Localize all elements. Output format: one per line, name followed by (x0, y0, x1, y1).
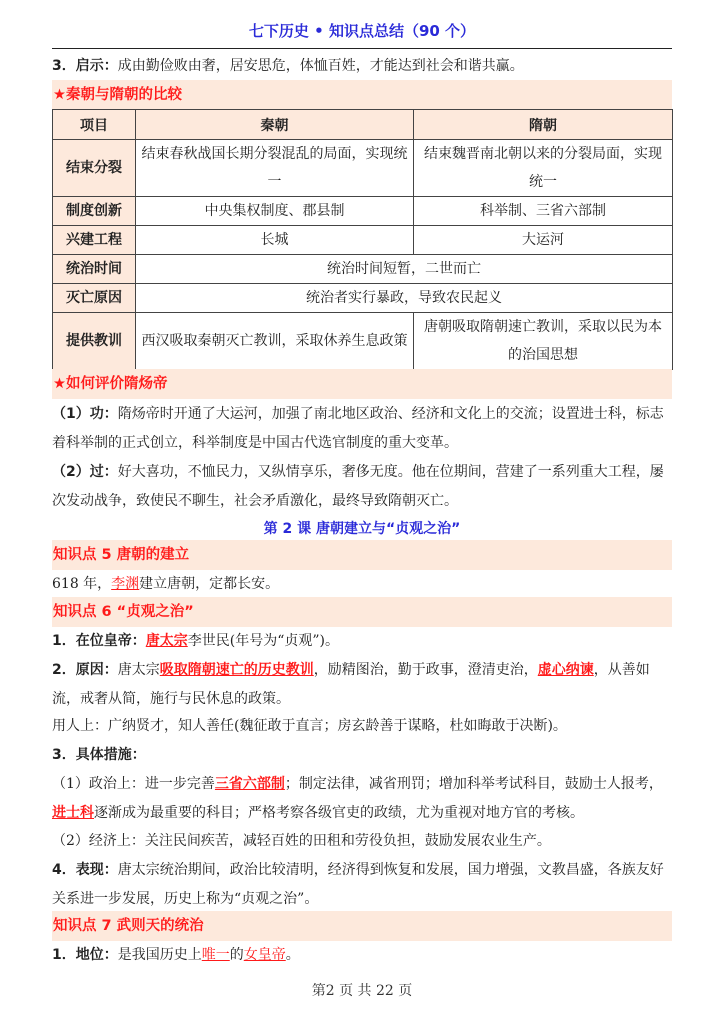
column-header: 秦朝 (136, 110, 414, 140)
fault-label: （2）过： (52, 464, 118, 480)
section-bar-kp6: 知识点 6 “贞观之治” (52, 597, 672, 627)
highlight-li-yuan: 李渊 (111, 576, 139, 592)
kp6-reason: 2．原因：唐太宗吸取隋朝速亡的历史教训，励精图治，勤于政事，澄清吏治，虚心纳谏，… (52, 656, 672, 714)
highlight-taizong: 唐太宗 (146, 633, 188, 649)
status-mid: 的 (230, 947, 244, 963)
status-label: 1．地位： (52, 947, 118, 963)
lesson-title: 第 2 课 唐朝建立与“贞观之治” (52, 518, 672, 538)
emperor-label: 1．在位皇帝： (52, 633, 146, 649)
table-cell: 大运河 (414, 226, 673, 255)
highlight-advice: 虚心纳谏 (538, 662, 594, 678)
measures-label: 3．具体措施： (52, 747, 146, 763)
highlight-lesson: 吸取隋朝速亡的历史教训 (160, 662, 314, 678)
intro-paragraph: 3．启示：成由勤俭败由奢，居安思危，体恤百姓，才能达到社会和谐共赢。 (52, 52, 672, 81)
section-bar-kp7: 知识点 7 武则天的统治 (52, 911, 672, 941)
table-header-row: 项目 秦朝 隋朝 (53, 110, 673, 140)
row-label: 制度创新 (53, 197, 136, 226)
politics-post: 逐渐成为最重要的科目；严格考察各级官吏的政绩，尤为重视对地方官的考核。 (94, 805, 584, 821)
intro-text: 成由勤俭败由奢，居安思危，体恤百姓，才能达到社会和谐共赢。 (118, 58, 524, 74)
kp7-status: 1．地位：是我国历史上唯一的女皇帝。 (52, 941, 672, 970)
table-row: 灭亡原因 统治者实行暴政，导致农民起义 (53, 284, 673, 313)
column-header: 隋朝 (414, 110, 673, 140)
emperor-rest: 李世民(年号为“贞观”)。 (188, 633, 339, 649)
section-bar-kp5: 知识点 5 唐朝的建立 (52, 540, 672, 570)
table-cell: 科举制、三省六部制 (414, 197, 673, 226)
status-pre: 是我国历史上 (118, 947, 202, 963)
kp6-measures-label: 3．具体措施： (52, 741, 672, 770)
header-title: 七下历史 • 知识点总结（90 个） (52, 20, 672, 41)
section-bar-comparison: ★秦朝与隋朝的比较 (52, 80, 672, 110)
reason-label: 2．原因： (52, 662, 118, 678)
perf-label: 4．表现： (52, 862, 118, 878)
table-row: 制度创新 中央集权制度、郡县制 科举制、三省六部制 (53, 197, 673, 226)
table-cell-merged: 统治时间短暂，二世而亡 (136, 255, 673, 284)
kp6-emperor: 1．在位皇帝：唐太宗李世民(年号为“贞观”)。 (52, 627, 672, 656)
row-label: 兴建工程 (53, 226, 136, 255)
yangdi-fault: （2）过：好大喜功，不恤民力，又纵情享乐，奢侈无度。他在位期间，营建了一系列重大… (52, 458, 672, 516)
highlight-empress: 女皇帝 (244, 947, 286, 963)
yangdi-merit: （1）功：隋炀帝时开通了大运河，加强了南北地区政治、经济和文化上的交流；设置进士… (52, 400, 672, 458)
row-label: 灭亡原因 (53, 284, 136, 313)
reason-mid: ，励精图治，勤于政事，澄清吏治， (314, 662, 538, 678)
header-divider (52, 48, 672, 49)
comparison-table: 项目 秦朝 隋朝 结束分裂 结束春秋战国长期分裂混乱的局面，实现统一 结束魏晋南… (52, 109, 673, 370)
perf-text: 唐太宗统治期间，政治比较清明，经济得到恢复和发展，国力增强，文教昌盛，各族友好关… (52, 862, 664, 907)
row-label: 结束分裂 (53, 140, 136, 197)
kp5-paragraph: 618 年，李渊建立唐朝，定都长安。 (52, 570, 672, 599)
kp5-post: 建立唐朝，定都长安。 (139, 576, 279, 592)
highlight-only: 唯一 (202, 947, 230, 963)
table-row: 提供教训 西汉吸取秦朝灭亡教训，采取休养生息政策 唐朝吸取隋朝速亡教训，采取以民… (53, 313, 673, 370)
kp5-pre: 618 年， (52, 576, 111, 592)
table-cell: 中央集权制度、郡县制 (136, 197, 414, 226)
merit-label: （1）功： (52, 406, 118, 422)
kp6-economy: （2）经济上：关注民间疾苦，减轻百姓的田租和劳役负担，鼓励发展农业生产。 (52, 827, 672, 856)
table-cell: 结束魏晋南北朝以来的分裂局面，实现统一 (414, 140, 673, 197)
kp6-performance: 4．表现：唐太宗统治期间，政治比较清明，经济得到恢复和发展，国力增强，文教昌盛，… (52, 856, 672, 914)
table-row: 兴建工程 长城 大运河 (53, 226, 673, 255)
row-label: 统治时间 (53, 255, 136, 284)
table-cell: 唐朝吸取隋朝速亡教训，采取以民为本的治国思想 (414, 313, 673, 370)
intro-label: 3．启示： (52, 58, 118, 74)
table-row: 结束分裂 结束春秋战国长期分裂混乱的局面，实现统一 结束魏晋南北朝以来的分裂局面… (53, 140, 673, 197)
table-cell: 西汉吸取秦朝灭亡教训，采取休养生息政策 (136, 313, 414, 370)
politics-pre: （1）政治上：进一步完善 (52, 776, 215, 792)
kp6-politics: （1）政治上：进一步完善三省六部制；制定法律，减省刑罚；增加科举考试科目，鼓励士… (52, 770, 672, 828)
fault-text: 好大喜功，不恤民力，又纵情享乐，奢侈无度。他在位期间，营建了一系列重大工程，屡次… (52, 464, 664, 509)
table-cell: 结束春秋战国长期分裂混乱的局面，实现统一 (136, 140, 414, 197)
kp6-people: 用人上：广纳贤才，知人善任(魏征敢于直言；房玄龄善于谋略，杜如晦敢于决断)。 (52, 712, 672, 741)
section-bar-yangdi: ★如何评价隋炀帝 (52, 369, 672, 399)
page-footer: 第2 页 共 22 页 (0, 980, 724, 1000)
row-label: 提供教训 (53, 313, 136, 370)
reason-pre: 唐太宗 (118, 662, 160, 678)
highlight-three-depts: 三省六部制 (215, 776, 285, 792)
column-header: 项目 (53, 110, 136, 140)
status-post: 。 (286, 947, 300, 963)
table-cell: 长城 (136, 226, 414, 255)
highlight-jinshi: 进士科 (52, 805, 94, 821)
table-cell-merged: 统治者实行暴政，导致农民起义 (136, 284, 673, 313)
politics-mid: ；制定法律，减省刑罚；增加科举考试科目，鼓励士人报考， (285, 776, 663, 792)
merit-text: 隋炀帝时开通了大运河，加强了南北地区政治、经济和文化上的交流；设置进士科，标志着… (52, 406, 664, 451)
table-row: 统治时间 统治时间短暂，二世而亡 (53, 255, 673, 284)
